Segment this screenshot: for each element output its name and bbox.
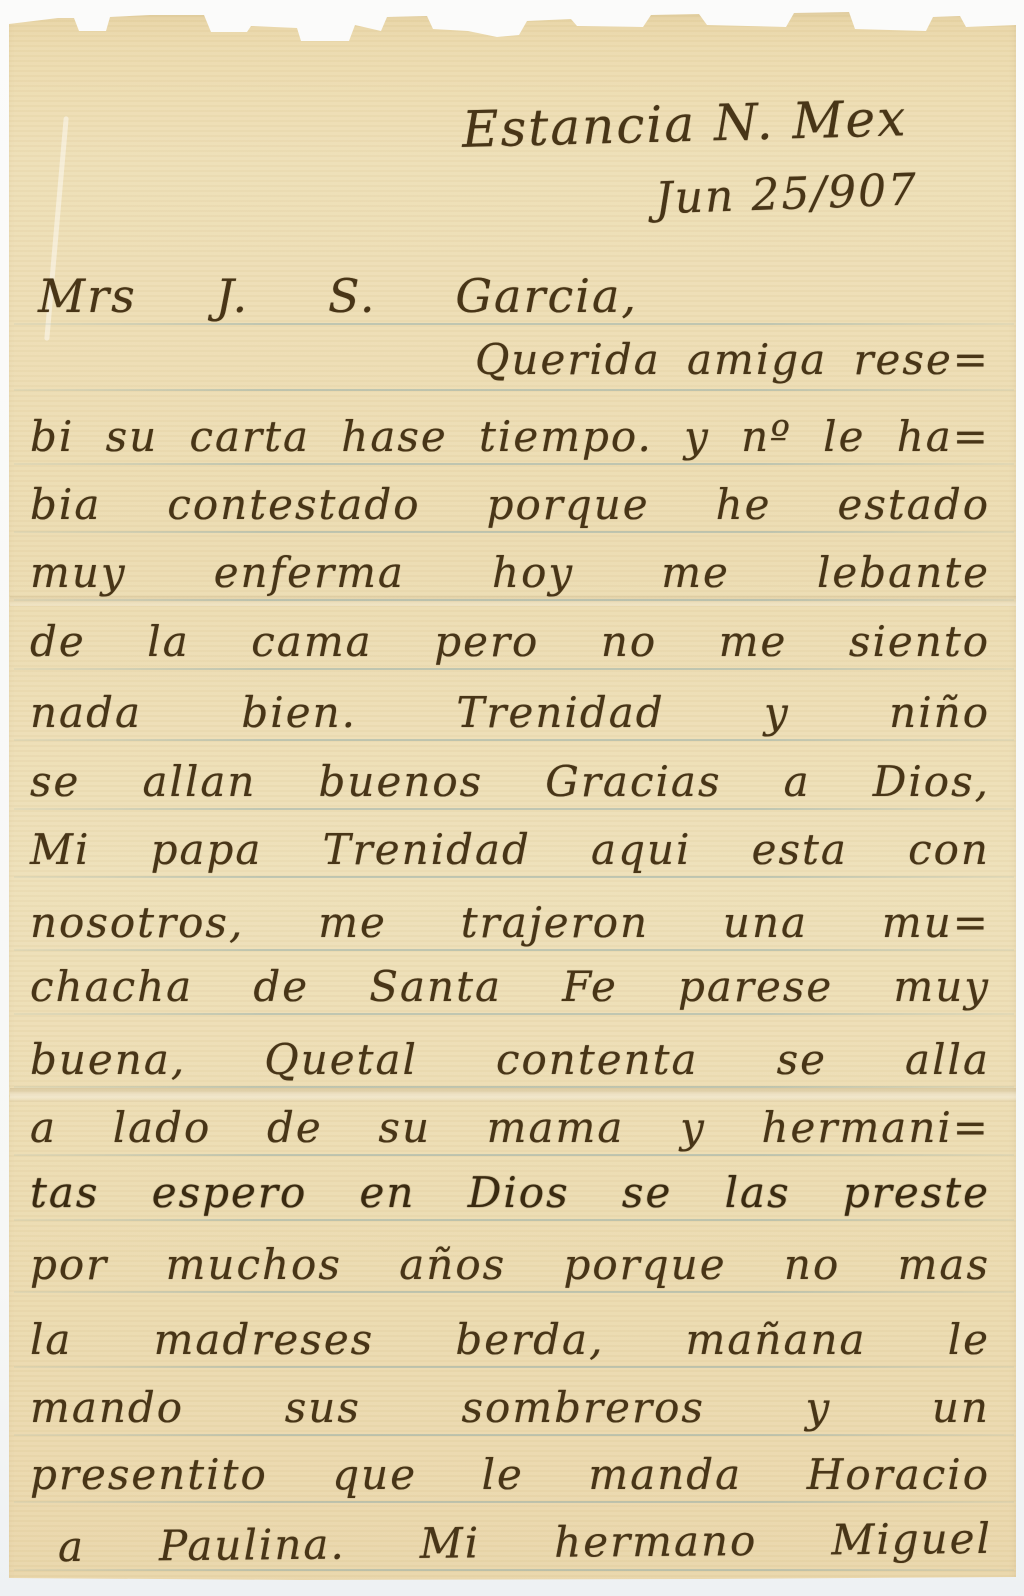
handwritten-line: chacha de Santa Fe parese muy bbox=[30, 961, 990, 1014]
handwritten-line: buena, Quetal contenta se alla bbox=[30, 1034, 990, 1087]
handwritten-line: nada bien. Trenidad y niño bbox=[30, 687, 990, 740]
handwritten-line: de la cama pero no me siento bbox=[30, 616, 990, 669]
handwritten-line: se allan buenos Gracias a Dios, bbox=[30, 756, 990, 809]
letter-scan: Estancia N. Mex Jun 25/907 Mrs J. S. Gar… bbox=[0, 0, 1024, 1596]
handwritten-line: por muchos años porque no mas bbox=[30, 1239, 990, 1292]
handwritten-line: bi su carta hase tiempo. y nº le ha= bbox=[30, 411, 990, 464]
dateline-place: Estancia N. Mex bbox=[461, 85, 990, 161]
handwritten-line: mando sus sombreros y un bbox=[30, 1382, 990, 1435]
handwritten-line: bia contestado porque he estado bbox=[30, 479, 990, 532]
letter-page: Estancia N. Mex Jun 25/907 Mrs J. S. Gar… bbox=[0, 0, 1024, 1596]
handwritten-line: tas espero en Dios se las preste bbox=[30, 1167, 990, 1220]
handwritten-line: muy enferma hoy me lebante bbox=[30, 547, 990, 600]
salutation: Mrs J. S. Garcia, bbox=[38, 268, 638, 326]
dateline-date: Jun 25/907 bbox=[654, 161, 971, 227]
handwritten-line: presentito que le manda Horacio bbox=[30, 1449, 990, 1502]
handwritten-line: a Paulina. Mi hermano Miguel bbox=[58, 1513, 992, 1574]
paper-crease bbox=[10, 1088, 1016, 1102]
handwritten-line: Mi papa Trenidad aqui esta con bbox=[30, 824, 990, 877]
handwritten-line: nosotros, me trajeron una mu= bbox=[30, 897, 990, 950]
opening-line: Querida amiga rese= bbox=[475, 334, 990, 387]
handwritten-line: la madreses berda, mañana le bbox=[30, 1314, 990, 1367]
handwritten-line: a lado de su mama y hermani= bbox=[30, 1102, 990, 1155]
ruled-line bbox=[14, 389, 1014, 391]
